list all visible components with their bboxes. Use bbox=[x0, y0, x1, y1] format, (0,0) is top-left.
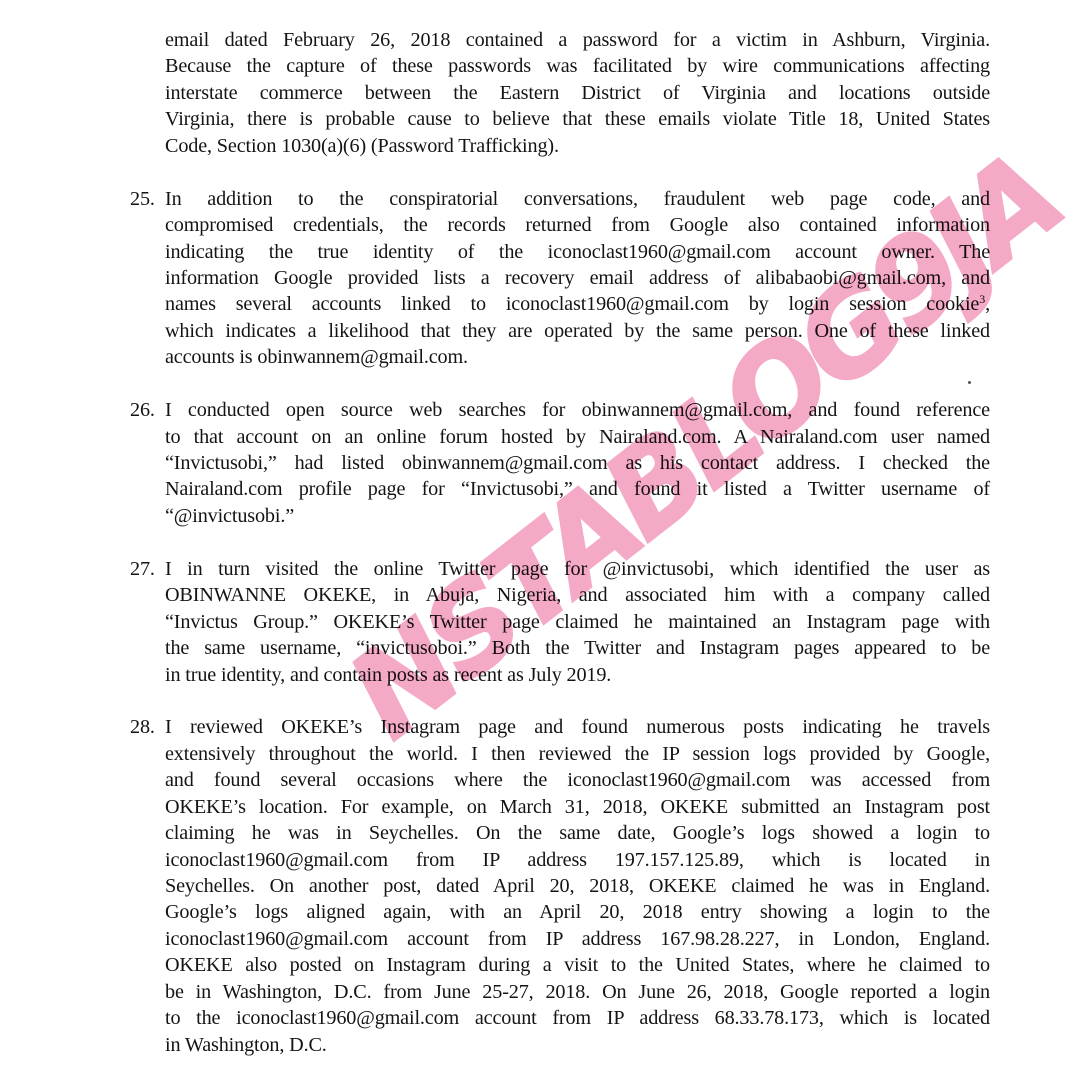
text-line: OKEKE’s location. For example, on March … bbox=[165, 794, 990, 820]
stray-mark bbox=[968, 381, 971, 384]
text-line: I in turn visited the online Twitter pag… bbox=[165, 556, 990, 582]
text-line: in Washington, D.C. bbox=[165, 1032, 990, 1058]
text-line: “Invictus Group.” OKEKE’s Twitter page c… bbox=[165, 609, 990, 635]
text-line: be in Washington, D.C. from June 25-27, … bbox=[165, 979, 990, 1005]
text-line: Nairaland.com profile page for “Invictus… bbox=[165, 476, 990, 502]
text-line: accounts is obinwannem@gmail.com. bbox=[165, 344, 990, 370]
footnote-marker[interactable]: 3 bbox=[979, 292, 985, 306]
paragraph-number: 28. bbox=[130, 714, 155, 740]
text-line: to the iconoclast1960@gmail.com account … bbox=[165, 1005, 990, 1031]
text-line: in true identity, and contain posts as r… bbox=[165, 662, 990, 688]
paragraph-continuation: email dated February 26, 2018 contained … bbox=[130, 27, 990, 159]
text-line: Seychelles. On another post, dated April… bbox=[165, 873, 990, 899]
text-line: Virginia, there is probable cause to bel… bbox=[165, 106, 990, 132]
text-line: email dated February 26, 2018 contained … bbox=[165, 27, 990, 53]
text-line: extensively throughout the world. I then… bbox=[165, 741, 990, 767]
paragraph-number: 27. bbox=[130, 556, 155, 582]
text-line: the same username, “invictusoboi.” Both … bbox=[165, 635, 990, 661]
text-line: OKEKE also posted on Instagram during a … bbox=[165, 952, 990, 978]
paragraph-25: 25.In addition to the conspiratorial con… bbox=[130, 186, 990, 371]
text-line: “@invictusobi.” bbox=[165, 503, 990, 529]
text-line: claiming he was in Seychelles. On the sa… bbox=[165, 820, 990, 846]
paragraph-number: 25. bbox=[130, 186, 155, 212]
text-line: Google’s logs aligned again, with an Apr… bbox=[165, 899, 990, 925]
text-line: indicating the true identity of the icon… bbox=[165, 239, 990, 265]
text-line: information Google provided lists a reco… bbox=[165, 265, 990, 291]
paragraph-26: 26.I conducted open source web searches … bbox=[130, 397, 990, 529]
paragraph-number: 26. bbox=[130, 397, 155, 423]
text-line: OBINWANNE OKEKE, in Abuja, Nigeria, and … bbox=[165, 582, 990, 608]
text-line: “Invictusobi,” had listed obinwannem@gma… bbox=[165, 450, 990, 476]
document-page: email dated February 26, 2018 contained … bbox=[130, 27, 990, 1058]
text-line: and found several occasions where the ic… bbox=[165, 767, 990, 793]
text-line: In addition to the conspiratorial conver… bbox=[165, 186, 990, 212]
text-line: interstate commerce between the Eastern … bbox=[165, 80, 990, 106]
text-line: compromised credentials, the records ret… bbox=[165, 212, 990, 238]
text-line: to that account on an online forum hoste… bbox=[165, 424, 990, 450]
text-line: I conducted open source web searches for… bbox=[165, 397, 990, 423]
text-line: iconoclast1960@gmail.com from IP address… bbox=[165, 847, 990, 873]
text-line: Code, Section 1030(a)(6) (Password Traff… bbox=[165, 133, 990, 159]
text-line: names several accounts linked to iconocl… bbox=[165, 291, 990, 317]
text-line: iconoclast1960@gmail.com account from IP… bbox=[165, 926, 990, 952]
paragraph-27: 27.I in turn visited the online Twitter … bbox=[130, 556, 990, 688]
text-line: Because the capture of these passwords w… bbox=[165, 53, 990, 79]
paragraph-28: 28.I reviewed OKEKE’s Instagram page and… bbox=[130, 714, 990, 1058]
text-line: which indicates a likelihood that they a… bbox=[165, 318, 990, 344]
text-line: I reviewed OKEKE’s Instagram page and fo… bbox=[165, 714, 990, 740]
